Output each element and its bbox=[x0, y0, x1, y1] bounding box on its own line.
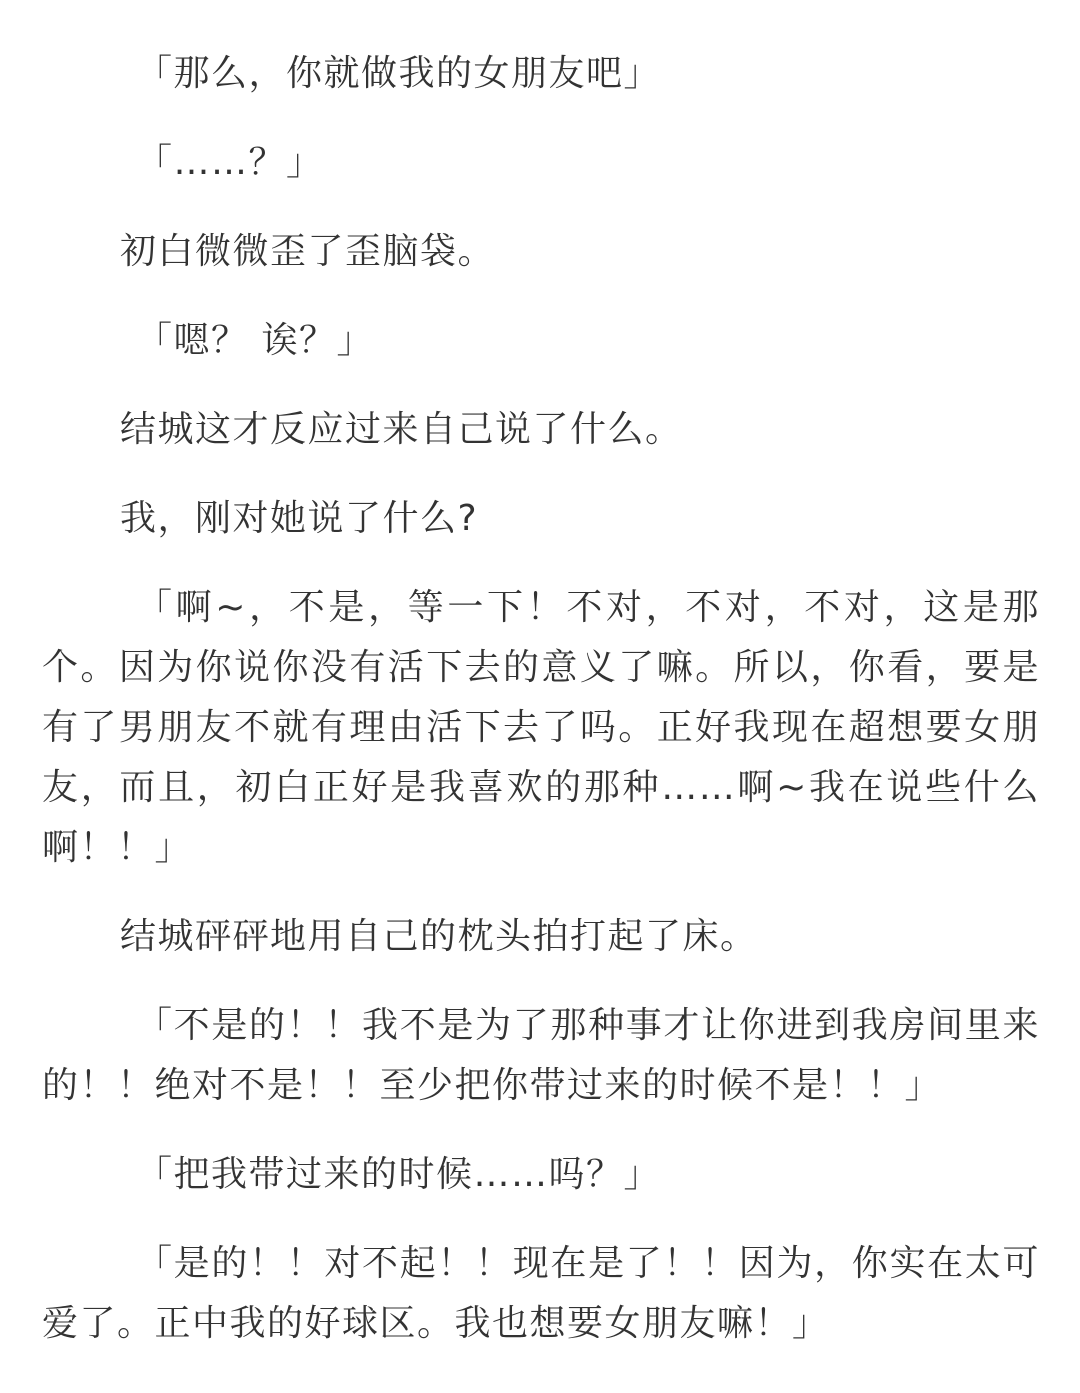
dialogue-paragraph: 「不是的！！我不是为了那种事才让你进到我房间里来的！！绝对不是！！至少把你带过来… bbox=[42, 996, 1040, 1116]
narration-paragraph: 初白微微歪了歪脑袋。 bbox=[42, 222, 1040, 282]
document-page: 「那么，你就做我的女朋友吧」 「……？」 初白微微歪了歪脑袋。 「嗯？ 诶？」 … bbox=[0, 0, 1080, 1393]
dialogue-paragraph: 「把我带过来的时候……吗？」 bbox=[42, 1145, 1040, 1205]
narration-paragraph: 我，刚对她说了什么? bbox=[42, 489, 1040, 549]
dialogue-paragraph: 「那么，你就做我的女朋友吧」 bbox=[42, 44, 1040, 104]
dialogue-paragraph: 「嗯？ 诶？」 bbox=[42, 311, 1040, 371]
dialogue-paragraph: 「啊~，不是，等一下！不对，不对，不对，这是那个。因为你说你没有活下去的意义了嘛… bbox=[42, 578, 1040, 878]
dialogue-paragraph: 「是的！！对不起！！现在是了！！因为，你实在太可爱了。正中我的好球区。我也想要女… bbox=[42, 1234, 1040, 1354]
narration-paragraph: 结城砰砰地用自己的枕头拍打起了床。 bbox=[42, 907, 1040, 967]
narration-paragraph: 结城这才反应过来自己说了什么。 bbox=[42, 400, 1040, 460]
dialogue-paragraph: 「……？」 bbox=[42, 133, 1040, 193]
